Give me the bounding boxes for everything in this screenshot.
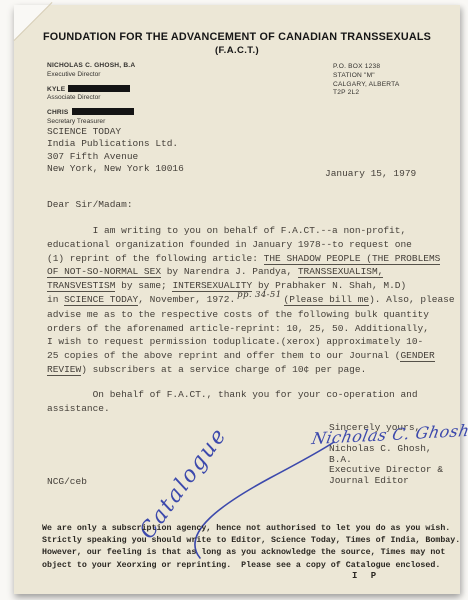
org-address-line: STATION "M"	[333, 72, 399, 81]
letter-paragraph: I am writing to you on behalf of F.A.CT.…	[47, 224, 455, 377]
signer-name: Nicholas C. Ghosh, B.A.	[329, 444, 460, 465]
redaction-bar	[72, 108, 134, 115]
footer-note-line: object to your Xeorxing or reprinting. P…	[42, 560, 460, 572]
text-segment: TRANSSEXUALISM,	[298, 266, 384, 278]
closing-signature-block: Nicholas C. Ghosh, B.A. Executive Direct…	[329, 444, 460, 487]
letter-line: educational organization founded in Janu…	[47, 238, 455, 252]
text-segment: I wish to request permission toduplicate…	[47, 336, 423, 347]
text-segment: THE SHADOW PEOPLE (THE PROBLEMS	[264, 253, 441, 265]
letter-line: 25 copies of the above reprint and offer…	[47, 349, 455, 363]
text-segment: TRANSVESTISM	[47, 280, 115, 292]
text-segment: 25 copies of the above reprint and offer…	[47, 350, 400, 361]
text-segment: REVIEW	[47, 364, 81, 376]
text-segment: by same;	[115, 280, 172, 291]
text-segment: I am writing to you on behalf of F.A.CT.…	[47, 225, 406, 236]
letter-line: REVIEW) subscribers at a service charge …	[47, 363, 455, 377]
org-address-line: P.O. BOX 1238	[333, 63, 399, 72]
organization-title: FOUNDATION FOR THE ADVANCEMENT OF CANADI…	[14, 31, 460, 43]
salutation: Dear Sir/Madam:	[47, 199, 133, 210]
officer-title: Secretary Treasurer	[47, 118, 135, 125]
text-segment: ). Also, please	[369, 294, 455, 305]
footer-note-line: We are only a subscription agency, hence…	[42, 523, 460, 535]
organization-acronym: (F.A.C.T.)	[14, 45, 460, 56]
text-segment: assistance.	[47, 403, 110, 414]
officer-list: NICHOLAS C. GHOSH, B.AExecutive Director…	[47, 62, 135, 132]
officer-entry: KYLEAssociate Director	[47, 85, 135, 102]
text-segment: (1) reprint of the following article:	[47, 253, 264, 264]
officer-entry: NICHOLAS C. GHOSH, B.AExecutive Director	[47, 62, 135, 78]
text-segment: On behalf of F.A.CT., thank you for your…	[47, 389, 418, 400]
officer-name: CHRIS	[47, 108, 135, 116]
recipient-address-block: SCIENCE TODAYIndia Publications Ltd.307 …	[47, 126, 184, 175]
text-segment: advise me as to the respective costs of …	[47, 309, 429, 320]
text-segment: (Please bill me	[284, 294, 370, 306]
letter-line: orders of the aforenamed article-reprint…	[47, 322, 455, 336]
letter-paragraph: On behalf of F.A.CT., thank you for your…	[47, 388, 455, 416]
text-segment: orders of the aforenamed article-reprint…	[47, 323, 429, 334]
subscription-agency-note: We are only a subscription agency, hence…	[42, 523, 460, 572]
letter-line: I am writing to you on behalf of F.A.CT.…	[47, 224, 455, 238]
letter-line: in SCIENCE TODAY, November, 1972.pp. 34-…	[47, 293, 455, 308]
officer-name: NICHOLAS C. GHOSH, B.A	[47, 62, 135, 69]
footer-initials: I P	[352, 571, 380, 581]
letter-date: January 15, 1979	[325, 168, 416, 179]
text-segment: OF NOT-SO-NORMAL SEX	[47, 266, 161, 278]
org-address-line: CALGARY, ALBERTA	[333, 81, 399, 90]
letter-line: OF NOT-SO-NORMAL SEX by Narendra J. Pand…	[47, 265, 455, 279]
recipient-address-line: SCIENCE TODAY	[47, 126, 184, 138]
letter-line: I wish to request permission toduplicate…	[47, 335, 455, 349]
footer-note-line: Strictly speaking you should write to Ed…	[42, 535, 460, 547]
recipient-address-line: 307 Fifth Avenue	[47, 151, 184, 163]
officer-name: KYLE	[47, 85, 135, 93]
text-segment: ) subscribers at a service charge of 10¢…	[81, 364, 366, 375]
officer-entry: CHRISSecretary Treasurer	[47, 108, 135, 125]
org-address-block: P.O. BOX 1238STATION "M"CALGARY, ALBERTA…	[333, 63, 399, 98]
handwritten-page-range: pp. 34-51	[235, 289, 283, 303]
letter-line: On behalf of F.A.CT., thank you for your…	[47, 388, 455, 402]
officer-title: Associate Director	[47, 94, 135, 101]
text-segment: GENDER	[400, 350, 434, 362]
redaction-bar	[68, 85, 130, 92]
recipient-address-line: New York, New York 10016	[47, 163, 184, 175]
letter-line: (1) reprint of the following article: TH…	[47, 252, 455, 266]
recipient-address-line: India Publications Ltd.	[47, 138, 184, 150]
footer-note-line: However, our feeling is that as long as …	[42, 547, 460, 559]
text-segment: in	[47, 294, 64, 305]
letter-line: assistance.	[47, 402, 455, 416]
text-segment: by Narendra J. Pandya,	[161, 266, 298, 277]
signer-title-line2: Journal Editor	[329, 476, 460, 487]
text-segment: educational organization founded in Janu…	[47, 239, 412, 250]
letter-line: advise me as to the respective costs of …	[47, 308, 455, 322]
org-address-line: T2P 2L2	[333, 89, 399, 98]
text-segment: SCIENCE TODAY	[64, 294, 138, 306]
text-segment: , November, 1972.	[138, 294, 235, 305]
typist-reference: NCG/ceb	[47, 476, 87, 487]
officer-title: Executive Director	[47, 71, 135, 78]
scanned-letter-page: FOUNDATION FOR THE ADVANCEMENT OF CANADI…	[14, 5, 460, 594]
letter-body: I am writing to you on behalf of F.A.CT.…	[47, 224, 455, 415]
